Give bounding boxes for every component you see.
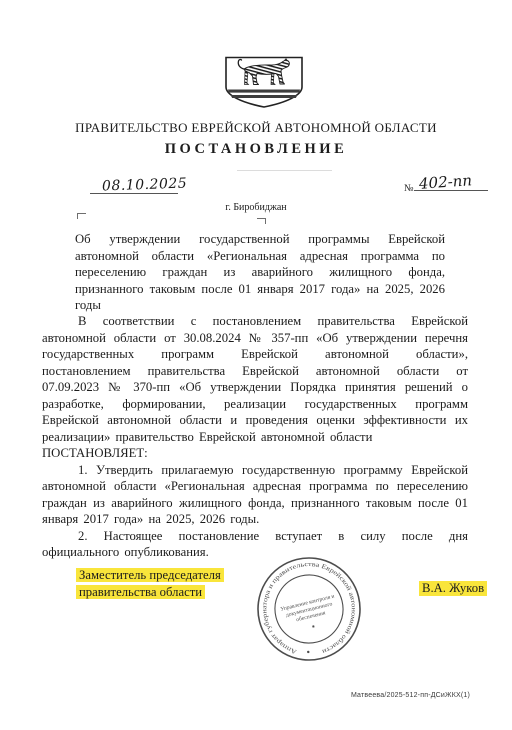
- resolves-line: ПОСТАНОВЛЯЕТ:: [42, 445, 468, 462]
- footer-reference: Матвеева/2025-512-пп-ДСиЖКХ(1): [351, 692, 470, 699]
- doc-type-title: ПОСТАНОВЛЕНИЕ: [0, 141, 512, 158]
- number-field: №402-пп: [404, 168, 488, 192]
- city-line: г. Биробиджан: [0, 202, 512, 213]
- body-paragraph: В соответствии с постановлением правител…: [42, 313, 468, 445]
- official-stamp: Аппарат губернатора и правительства Евре…: [254, 554, 364, 664]
- stamp-ring-separator-dot: [307, 650, 310, 653]
- handwritten-number: 402-пп: [418, 171, 472, 193]
- number-underline: 402-пп: [414, 168, 488, 191]
- number-label: №: [404, 183, 414, 194]
- document-title: Об утверждении государственной программы…: [75, 231, 445, 314]
- date-field: 08.10.2025: [90, 170, 178, 194]
- corner-mark-left: [77, 213, 86, 219]
- corner-mark-right: [257, 218, 266, 224]
- signature-position-line1: Заместитель председателя: [76, 568, 224, 582]
- scan-artifact-line: [237, 170, 332, 171]
- coat-of-arms-icon: [224, 56, 304, 109]
- document-body: В соответствии с постановлением правител…: [42, 313, 468, 561]
- shield-band-bottom: [231, 95, 298, 98]
- document-page: ПРАВИТЕЛЬСТВО ЕВРЕЙСКОЙ АВТОНОМНОЙ ОБЛАС…: [0, 0, 512, 730]
- signature-position-line2: правительства области: [76, 585, 205, 599]
- signature-position: Заместитель председателя правительства о…: [76, 567, 224, 600]
- signer-name: В.А. Жуков: [419, 581, 487, 596]
- handwritten-date: 08.10.2025: [102, 176, 188, 195]
- body-item-1: 1. Утвердить прилагаемую государственную…: [42, 462, 468, 528]
- org-name: ПРАВИТЕЛЬСТВО ЕВРЕЙСКОЙ АВТОНОМНОЙ ОБЛАС…: [0, 120, 512, 136]
- stamp-center-dot: [312, 625, 314, 627]
- shield-band-top: [228, 90, 300, 93]
